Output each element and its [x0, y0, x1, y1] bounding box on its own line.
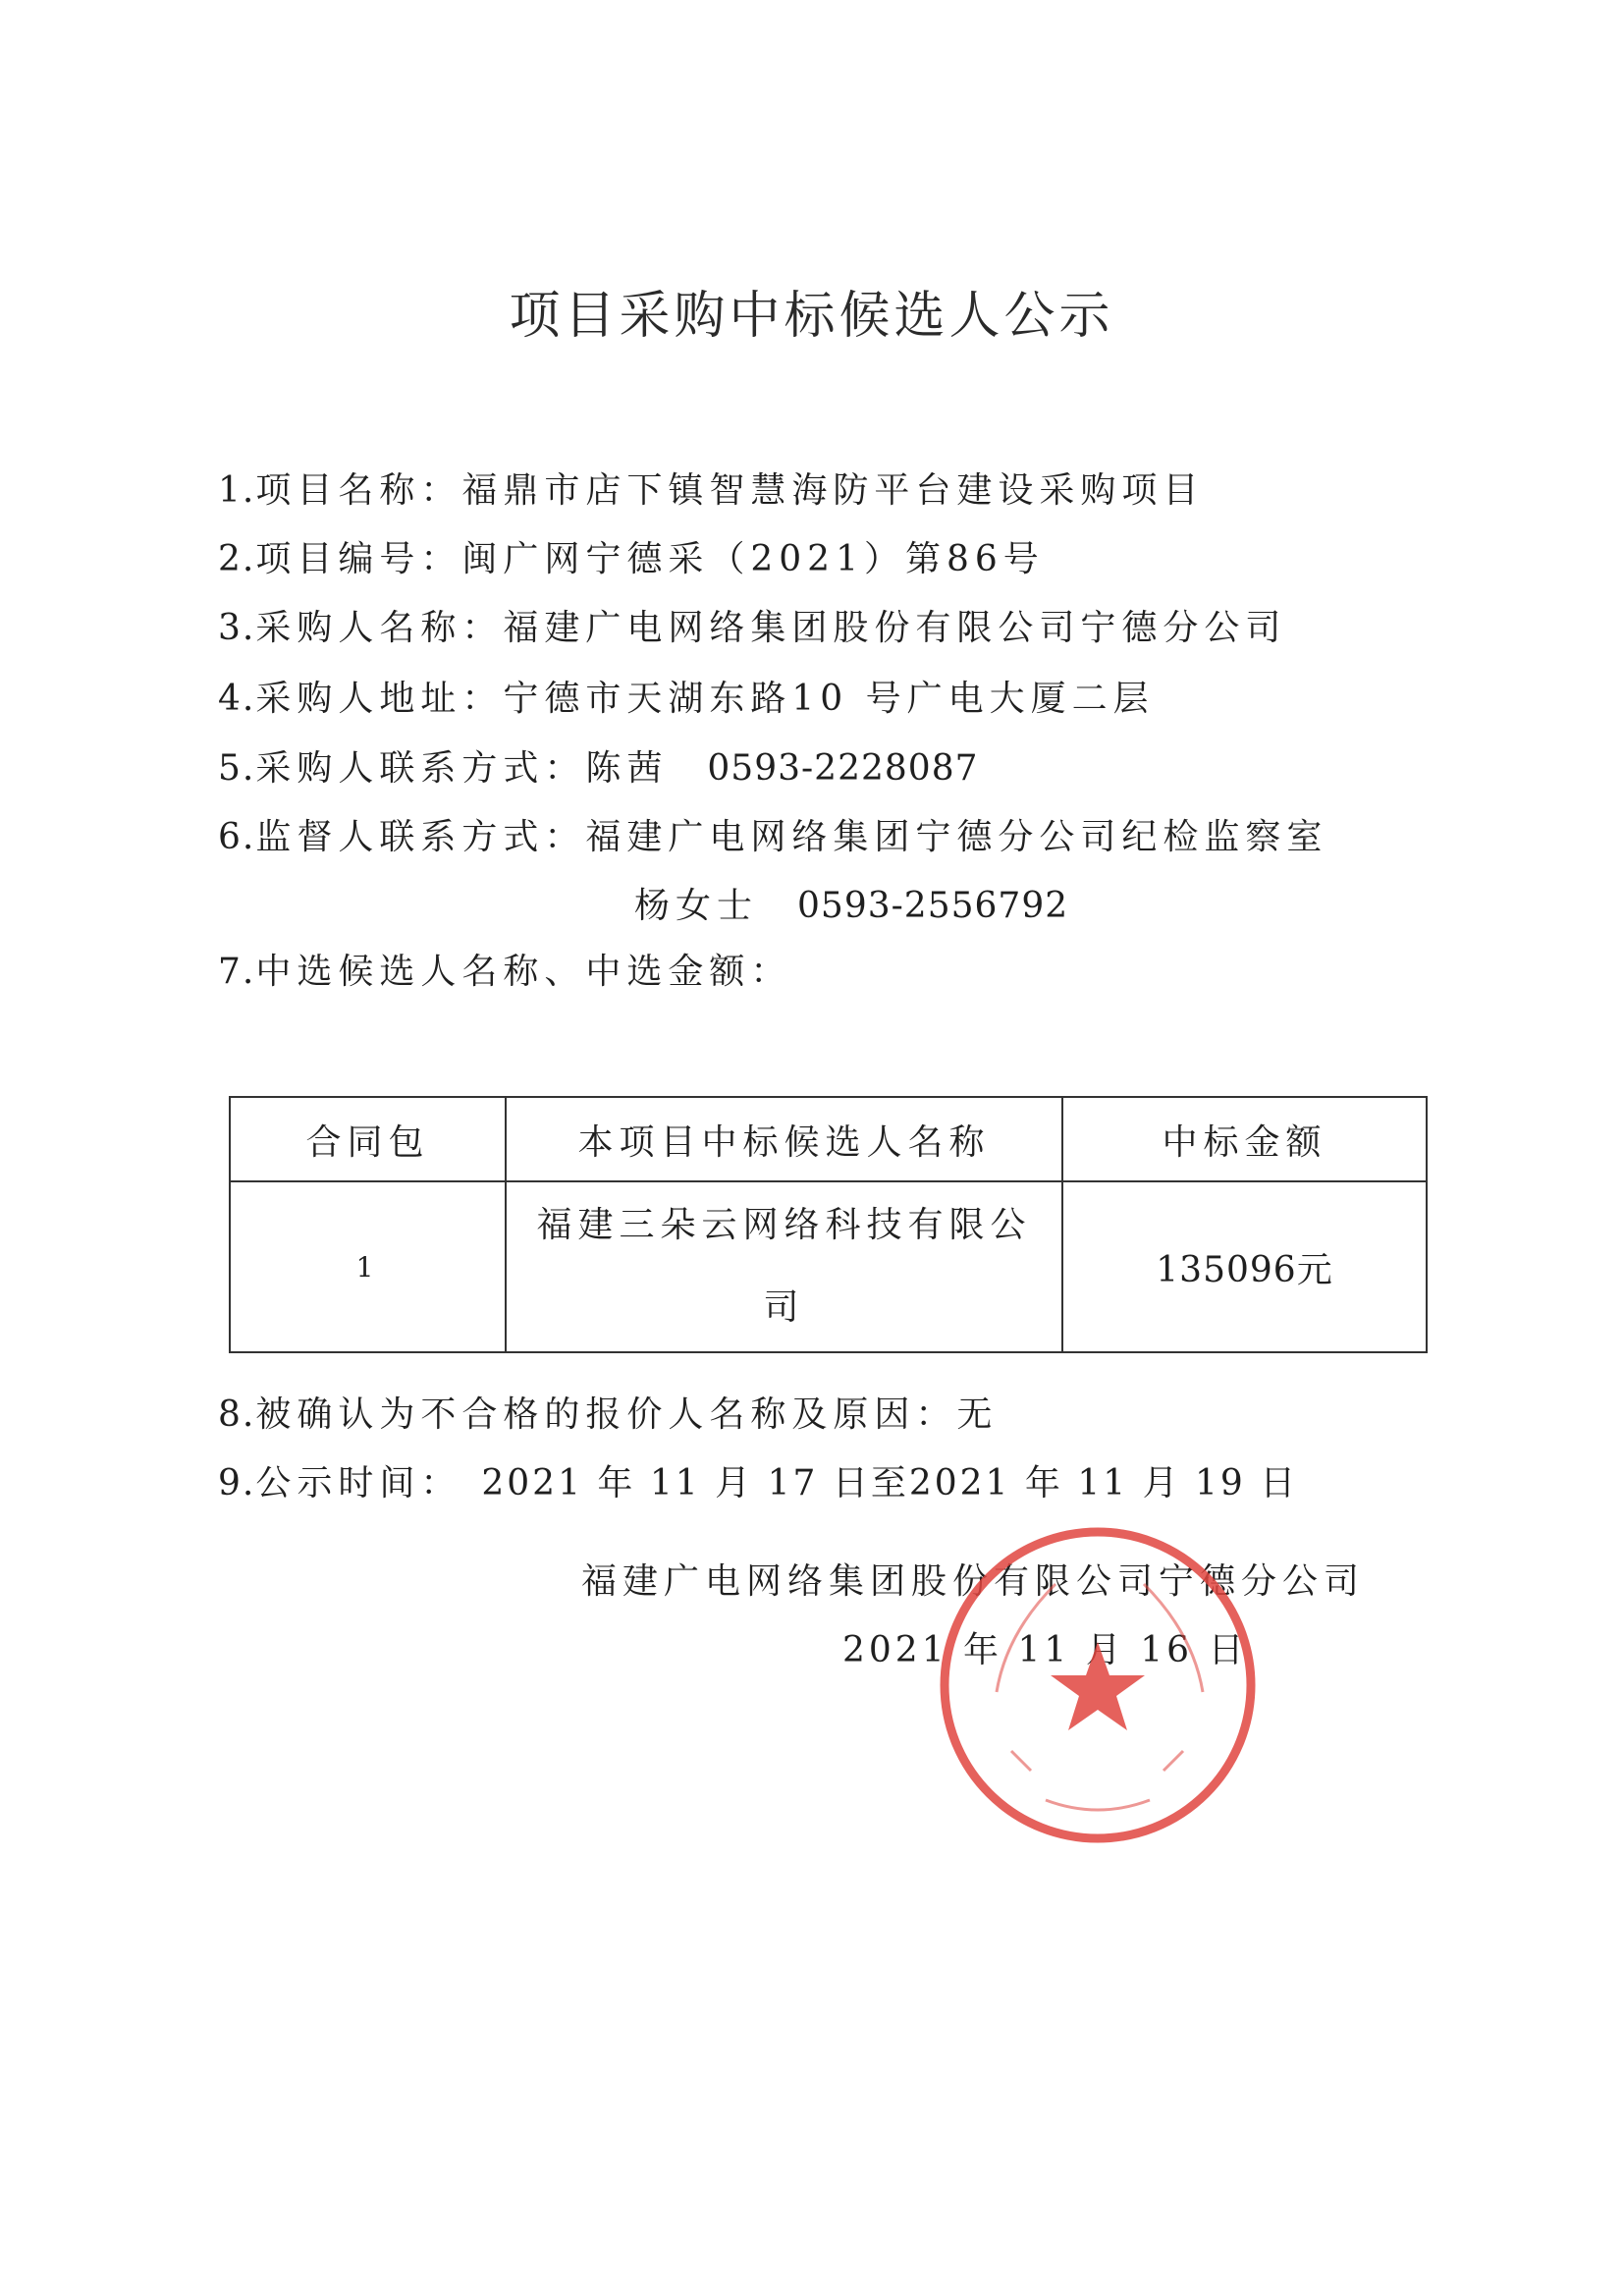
item-purchaser-address: 4.采购人地址：宁德市天湖东路10 号广电大厦二层 [218, 677, 1155, 722]
item-label: 中选候选人名称、中选金额： [255, 952, 791, 992]
header-amount: 中标金额 [1062, 1097, 1427, 1181]
item-value: 宁德市天湖东路10 号广电大厦二层 [503, 679, 1154, 719]
item-number: 5. [218, 748, 255, 789]
cell-amount: 135096元 [1062, 1181, 1427, 1352]
candidate-table: 合同包 本项目中标候选人名称 中标金额 1 福建三朵云网络科技有限公 司 135… [229, 1096, 1428, 1353]
item-disqualified: 8.被确认为不合格的报价人名称及原因：无 [218, 1393, 998, 1438]
item-label: 项目名称： [255, 470, 461, 511]
signature-date: 2021 年 11 月 16 日 [842, 1628, 1247, 1673]
item-purchaser-contact: 5.采购人联系方式：陈茜0593-2228087 [218, 746, 979, 792]
item-value: 2021 年 11 月 17 日至2021 年 11 月 19 日 [481, 1463, 1298, 1503]
item-value: 福鼎市店下镇智慧海防平台建设采购项目 [461, 470, 1204, 511]
item-number: 2. [218, 539, 255, 579]
item-number: 6. [218, 817, 255, 857]
item-value: 福建广电网络集团宁德分公司纪检监察室 [585, 817, 1327, 857]
item-number: 3. [218, 608, 255, 648]
item-project-name: 1.项目名称：福鼎市店下镇智慧海防平台建设采购项目 [218, 468, 1204, 514]
item-number: 4. [218, 679, 255, 719]
item-purchaser-name: 3.采购人名称：福建广电网络集团股份有限公司宁德分公司 [218, 606, 1286, 651]
item-number: 1. [218, 470, 255, 511]
item-label: 项目编号： [255, 539, 461, 579]
item-value: 无 [956, 1394, 998, 1435]
contact-phone: 0593-2556792 [797, 886, 1068, 926]
item-candidates: 7.中选候选人名称、中选金额： [218, 950, 791, 995]
candidate-name-line1: 福建三朵云网络科技有限公 [524, 1184, 1044, 1267]
table-header-row: 合同包 本项目中标候选人名称 中标金额 [230, 1097, 1427, 1181]
supervisor-person: 杨女士0593-2556792 [634, 884, 1068, 929]
cell-package: 1 [230, 1181, 506, 1352]
item-label: 公示时间： [255, 1463, 461, 1503]
item-publicity-period: 9.公示时间：2021 年 11 月 17 日至2021 年 11 月 19 日 [218, 1461, 1298, 1506]
header-candidate: 本项目中标候选人名称 [506, 1097, 1062, 1181]
item-label: 采购人联系方式： [255, 748, 585, 789]
item-label: 被确认为不合格的报价人名称及原因： [255, 1394, 956, 1435]
item-project-code: 2.项目编号：闽广网宁德采（2021）第86号 [218, 537, 1045, 582]
cell-candidate: 福建三朵云网络科技有限公 司 [506, 1181, 1062, 1352]
item-label: 监督人联系方式： [255, 817, 585, 857]
page-title: 项目采购中标候选人公示 [0, 285, 1623, 348]
item-label: 采购人名称： [255, 608, 503, 648]
contact-name: 陈茜 [585, 748, 668, 789]
header-package: 合同包 [230, 1097, 506, 1181]
item-number: 9. [218, 1463, 255, 1503]
item-supervisor-contact: 6.监督人联系方式：福建广电网络集团宁德分公司纪检监察室 [218, 815, 1327, 860]
signature-organization: 福建广电网络集团股份有限公司宁德分公司 [581, 1559, 1365, 1605]
item-number: 8. [218, 1394, 255, 1435]
item-label: 采购人地址： [255, 679, 503, 719]
contact-phone: 0593-2228087 [707, 748, 978, 789]
item-value: 福建广电网络集团股份有限公司宁德分公司 [503, 608, 1286, 648]
item-number: 7. [218, 952, 255, 992]
table-row: 1 福建三朵云网络科技有限公 司 135096元 [230, 1181, 1427, 1352]
candidate-name-line2: 司 [524, 1267, 1044, 1349]
item-value: 闽广网宁德采（2021）第86号 [461, 539, 1044, 579]
contact-name: 杨女士 [634, 886, 758, 926]
